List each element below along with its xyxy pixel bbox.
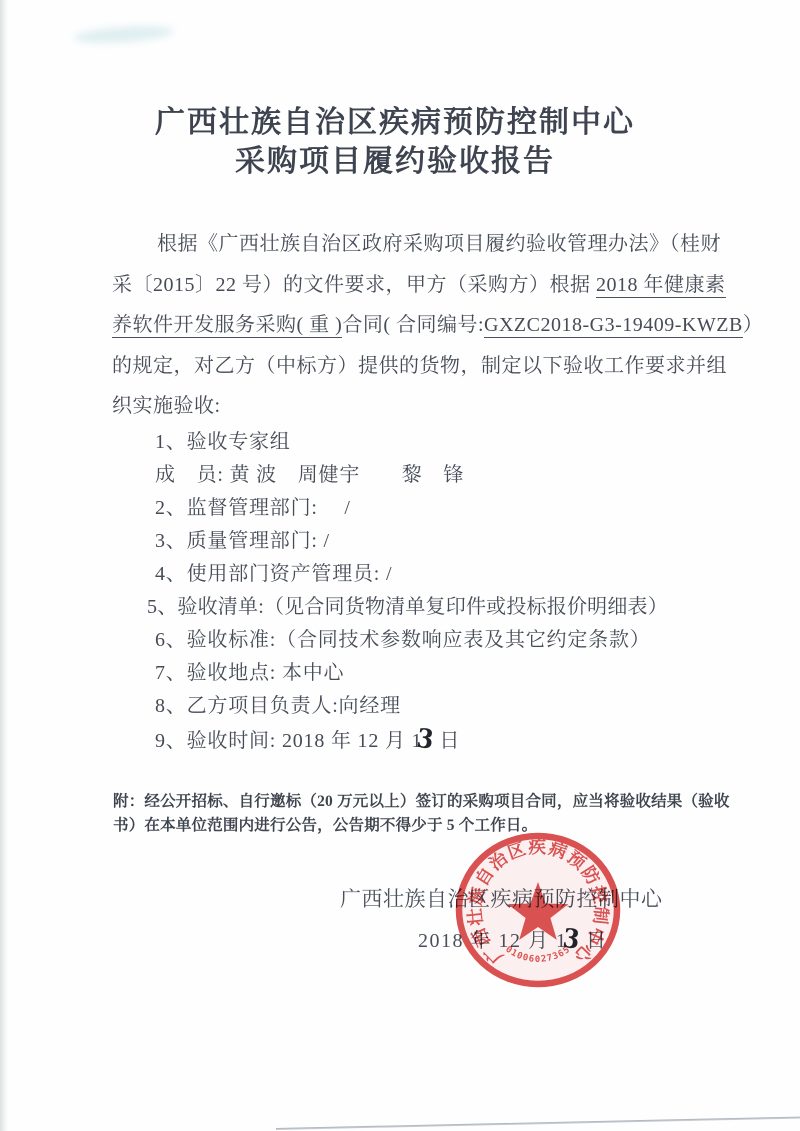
- footnote-line-1: 附：经公开招标、自行邀标（20 万元以上）签订的采购项目合同，应当将验收结果（验…: [113, 790, 713, 814]
- list-item-members: 成 员: 黄 波 周健宇 黎 锋: [155, 459, 735, 492]
- list-item-acceptance-checklist: 5、验收清单:（见合同货物清单复印件或投标报价明细表）: [147, 591, 735, 624]
- list-item-party-b-manager: 8、乙方项目负责人:向经理: [155, 690, 735, 723]
- scan-smudge: [74, 24, 175, 46]
- scan-paper-bottom-edge: [276, 1116, 800, 1130]
- underlined-project-name-part2: 养软件开发服务采购( 重 ): [112, 314, 342, 338]
- paragraph-line-2-text: 采〔2015〕22 号）的文件要求，甲方（采购方）根据: [112, 274, 596, 296]
- list-item-asset-manager: 4、使用部门资产管理员: /: [155, 558, 735, 591]
- acceptance-date-suffix: 日: [434, 730, 461, 752]
- paragraph-line-2: 采〔2015〕22 号）的文件要求，甲方（采购方）根据 2018 年健康素: [112, 265, 712, 306]
- acceptance-items-list: 1、验收专家组 成 员: 黄 波 周健宇 黎 锋 2、监督管理部门: / 3、质…: [155, 426, 735, 758]
- handwritten-digit: 3: [415, 720, 437, 759]
- underlined-contract-number: GXZC2018-G3-19409-KWZB: [484, 314, 743, 338]
- paragraph-line-3: 养软件开发服务采购( 重 )合同( 合同编号:GXZC2018-G3-19409…: [112, 305, 712, 346]
- title-line-2: 采购项目履约验收报告: [0, 142, 790, 181]
- title-line-1: 广西壮族自治区疾病预防控制中心: [0, 103, 790, 142]
- paragraph-line-4: 的规定，对乙方（中标方）提供的货物，制定以下验收工作要求并组: [112, 346, 712, 387]
- list-item-acceptance-date: 9、验收时间: 2018 年 12 月 13 日: [155, 723, 735, 758]
- paragraph-line-5: 织实施验收:: [112, 386, 712, 427]
- paragraph-line-3-text: 合同( 合同编号:: [342, 314, 484, 336]
- document-title: 广西壮族自治区疾病预防控制中心 采购项目履约验收报告: [0, 103, 790, 181]
- list-item-quality-dept: 3、质量管理部门: /: [155, 525, 735, 558]
- paragraph-line-1: 根据《广西壮族自治区政府采购项目履约验收管理办法》（桂财: [112, 224, 712, 265]
- list-item-supervision-dept: 2、监督管理部门: /: [155, 492, 735, 525]
- scanned-document-page: 广西壮族自治区疾病预防控制中心 采购项目履约验收报告 根据《广西壮族自治区政府采…: [0, 0, 800, 1131]
- underlined-project-name-part1: 2018 年健康素: [596, 274, 726, 298]
- intro-paragraph: 根据《广西壮族自治区政府采购项目履约验收管理办法》（桂财 采〔2015〕22 号…: [112, 224, 712, 427]
- list-item-acceptance-place: 7、验收地点: 本中心: [155, 657, 735, 690]
- acceptance-date-text: 9、验收时间: 2018 年 12 月 1: [155, 730, 422, 752]
- paragraph-line-3-close: ）: [743, 314, 764, 336]
- official-seal: 广西壮族自治区疾病预防控制中心 01006027365: [448, 830, 630, 998]
- list-item-acceptance-standard: 6、验收标准:（合同技术参数响应表及其它约定条款）: [155, 624, 735, 657]
- list-item-expert-group: 1、验收专家组: [155, 426, 735, 459]
